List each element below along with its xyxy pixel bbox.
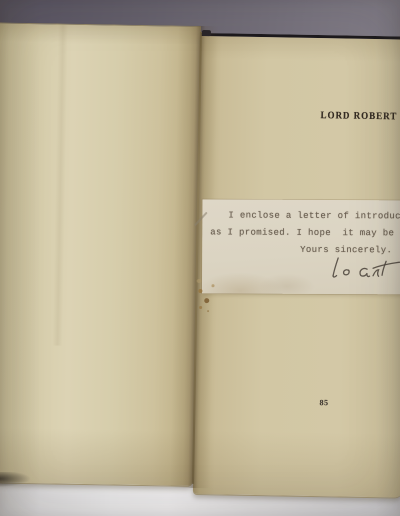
foxing-spot <box>204 298 209 303</box>
typed-line-1: I enclose a letter of introduction <box>228 207 400 225</box>
page-number: 85 <box>319 398 328 407</box>
blank-left-page <box>0 22 201 486</box>
typed-note-slip: I enclose a letter of introduction as I … <box>202 199 400 294</box>
running-header: LORD ROBERT C <box>320 110 400 123</box>
typed-line-2: as I promised. I hope it may be of use <box>210 224 400 242</box>
foxing-spot <box>212 284 215 287</box>
foxing-spot <box>199 306 202 309</box>
book-photograph: LORD ROBERT C I enclose a letter of intr… <box>0 0 400 516</box>
open-book: LORD ROBERT C I enclose a letter of intr… <box>0 20 400 495</box>
foxing-spot <box>207 310 209 312</box>
page-edge-shadow <box>0 472 30 487</box>
signature-scrawl <box>328 254 400 287</box>
foxing-spot <box>197 279 202 283</box>
gutter-top-gap <box>202 30 211 36</box>
foxing-spot <box>198 289 202 293</box>
